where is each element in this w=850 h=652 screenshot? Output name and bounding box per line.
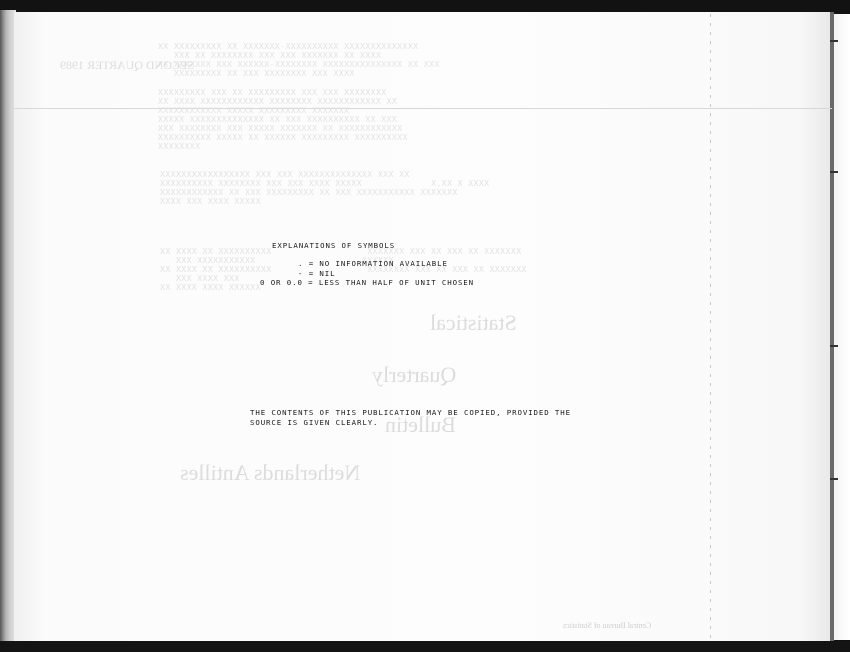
legend-entry: 0 OR 0.0 = LESS THAN HALF OF UNIT CHOSEN	[260, 278, 474, 287]
legend-meaning: NIL	[319, 269, 335, 278]
notice-line: SOURCE IS GIVEN CLEARLY.	[250, 418, 571, 428]
legend-symbol: -	[298, 269, 303, 278]
legend-meaning: NO INFORMATION AVAILABLE	[319, 259, 447, 268]
copyright-notice: THE CONTENTS OF THIS PUBLICATION MAY BE …	[250, 408, 571, 427]
bleed-through-cover-word: Statistical	[430, 310, 517, 336]
scan-border-top	[0, 0, 850, 12]
binding-mark	[830, 171, 838, 173]
notice-line: THE CONTENTS OF THIS PUBLICATION MAY BE …	[250, 408, 571, 418]
scan-border-bottom	[0, 641, 850, 652]
binding-mark	[830, 345, 838, 347]
bleed-through-cover-word: Quarterly	[372, 362, 456, 388]
bleed-through-text-block: XX XXXXXXXXX XX XXXXXXX-XXXXXXXXXX XXXXX…	[158, 42, 440, 78]
legend-meaning: LESS THAN HALF OF UNIT CHOSEN	[319, 278, 474, 287]
legend-symbol: 0 OR 0.0	[260, 278, 303, 287]
binding-mark	[830, 40, 838, 42]
legend-entry: . = NO INFORMATION AVAILABLE	[298, 259, 474, 268]
legend-entry: - = NIL	[298, 269, 474, 278]
bleed-through-text-block: XXXXXXXXXXXXXXXXX XXX XXX XXXXXXXXXXXXXX…	[160, 170, 490, 206]
bleed-through-footer: Central Bureau of Statistics	[563, 621, 651, 630]
binding-mark	[830, 478, 838, 480]
legend-title: EXPLANATIONS OF SYMBOLS	[272, 241, 474, 250]
legend-symbol: .	[298, 259, 303, 268]
bleed-through-text-block: XXXXXXXXX XXX XX XXXXXXXXX XXX XXX XXXXX…	[158, 88, 408, 151]
symbols-legend: EXPLANATIONS OF SYMBOLS . = NO INFORMATI…	[248, 241, 474, 288]
bleed-through-cover-word: Netherlands Antilles	[180, 460, 360, 486]
scanned-page: SECOND QUARTER 1989 XX XXXXXXXXX XX XXXX…	[0, 0, 850, 652]
fold-line-horizontal	[14, 108, 832, 109]
right-margin-strip	[834, 14, 850, 640]
